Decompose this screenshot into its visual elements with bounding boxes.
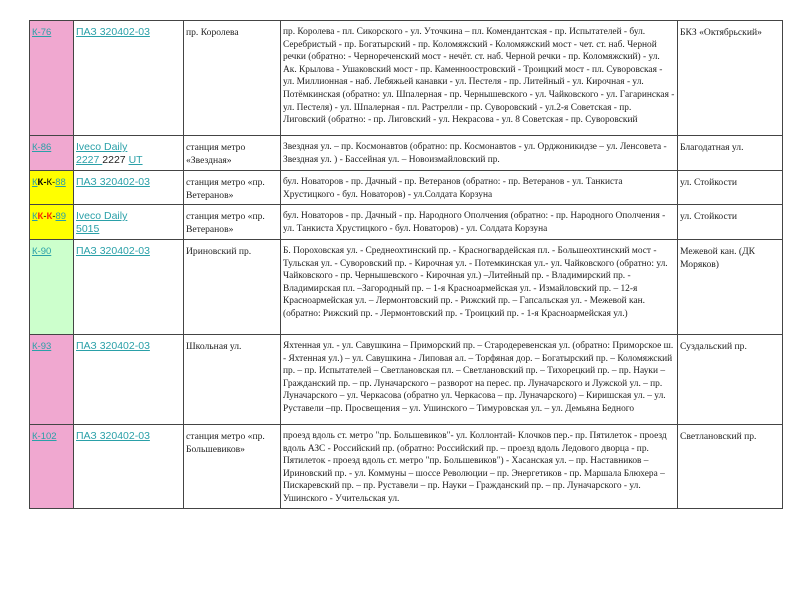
route-number-link[interactable]: 89: [56, 211, 67, 222]
bus-model-link[interactable]: ПАЗ 320402-03: [76, 245, 150, 257]
route-number-link[interactable]: К-86: [32, 142, 51, 153]
table-row: К-76 ПАЗ 320402-03 пр. Королева пр. Коро…: [30, 21, 783, 136]
route-number-link[interactable]: К-93: [32, 341, 51, 352]
route-description-cell: бул. Новаторов - пр. Дачный - пр. Народн…: [281, 205, 678, 240]
start-point-cell: станция метро «Звездная»: [184, 136, 281, 171]
route-number-link[interactable]: К-90: [32, 246, 51, 257]
end-point-cell: Светлановский пр.: [678, 425, 783, 509]
route-number-part: К-: [38, 177, 47, 188]
bus-model-link[interactable]: Iveco Daily: [76, 141, 127, 153]
bus-model-link[interactable]: Iveco Daily: [76, 210, 127, 222]
route-number-cell: К-86: [30, 136, 74, 171]
route-description-cell: пр. Королева - пл. Сикорского - ул. Уточ…: [281, 21, 678, 136]
bus-model-cell: ПАЗ 320402-03: [74, 425, 184, 509]
bus-code-text: 2227: [102, 154, 128, 166]
route-number-cell: К-76: [30, 21, 74, 136]
end-point-cell: Суздальский пр.: [678, 335, 783, 425]
bus-model-link[interactable]: ПАЗ 320402-03: [76, 176, 150, 188]
end-point-cell: Межевой кан. (ДК Моряков): [678, 240, 783, 335]
route-description-cell: Яхтенная ул. - ул. Савушкина – Приморски…: [281, 335, 678, 425]
route-description-cell: проезд вдоль ст. метро "пр. Большевиков"…: [281, 425, 678, 509]
route-description-cell: Б. Пороховская ул. - Среднеохтинский пр.…: [281, 240, 678, 335]
start-point-cell: пр. Королева: [184, 21, 281, 136]
route-number-cell: К-102: [30, 425, 74, 509]
route-description-cell: Звездная ул. – пр. Космонавтов (обратно:…: [281, 136, 678, 171]
bus-model-cell: Iveco Daily 2227 2227 UT: [74, 136, 184, 171]
start-point-cell: Школьная ул.: [184, 335, 281, 425]
end-point-cell: БКЗ «Октябрьский»: [678, 21, 783, 136]
route-description-cell: бул. Новаторов - пр. Дачный - пр. Ветера…: [281, 171, 678, 205]
table-row: К-93 ПАЗ 320402-03 Школьная ул. Яхтенная…: [30, 335, 783, 425]
start-point-cell: станция метро «пр. Большевиков»: [184, 425, 281, 509]
bus-model-cell: Iveco Daily 5015: [74, 205, 184, 240]
route-number-link[interactable]: 88: [55, 177, 66, 188]
bus-model-cell: ПАЗ 320402-03: [74, 171, 184, 205]
bus-model-link[interactable]: ПАЗ 320402-03: [76, 26, 150, 38]
start-point-cell: Ириновский пр.: [184, 240, 281, 335]
route-number-link[interactable]: К-102: [32, 431, 57, 442]
bus-model-cell: ПАЗ 320402-03: [74, 335, 184, 425]
bus-model-cell: ПАЗ 320402-03: [74, 21, 184, 136]
table-row: К-86 Iveco Daily 2227 2227 UT станция ме…: [30, 136, 783, 171]
route-number-link[interactable]: К-76: [32, 27, 51, 38]
bus-code-link[interactable]: 2227: [76, 154, 102, 166]
end-point-cell: ул. Стойкости: [678, 171, 783, 205]
start-point-cell: станция метро «пр. Ветеранов»: [184, 171, 281, 205]
bus-model-cell: ПАЗ 320402-03: [74, 240, 184, 335]
route-number-cell: К-93: [30, 335, 74, 425]
bus-model-link[interactable]: ПАЗ 320402-03: [76, 340, 150, 352]
route-number-cell: К-90: [30, 240, 74, 335]
route-number-cell: КК-К-89: [30, 205, 74, 240]
bus-code-link-ut[interactable]: UT: [129, 154, 143, 166]
route-number-cell: КК-К-88: [30, 171, 74, 205]
route-number-part: К-: [47, 177, 56, 188]
table-row: КК-К-88 ПАЗ 320402-03 станция метро «пр.…: [30, 171, 783, 205]
bus-model-link[interactable]: ПАЗ 320402-03: [76, 430, 150, 442]
table-row: К-90 ПАЗ 320402-03 Ириновский пр. Б. Пор…: [30, 240, 783, 335]
end-point-cell: ул. Стойкости: [678, 205, 783, 240]
table-row: КК-К-89 Iveco Daily 5015 станция метро «…: [30, 205, 783, 240]
end-point-cell: Благодатная ул.: [678, 136, 783, 171]
start-point-cell: станция метро «пр. Ветеранов»: [184, 205, 281, 240]
table-row: К-102 ПАЗ 320402-03 станция метро «пр. Б…: [30, 425, 783, 509]
routes-table: К-76 ПАЗ 320402-03 пр. Королева пр. Коро…: [29, 20, 783, 509]
bus-code-link[interactable]: 5015: [76, 223, 99, 235]
